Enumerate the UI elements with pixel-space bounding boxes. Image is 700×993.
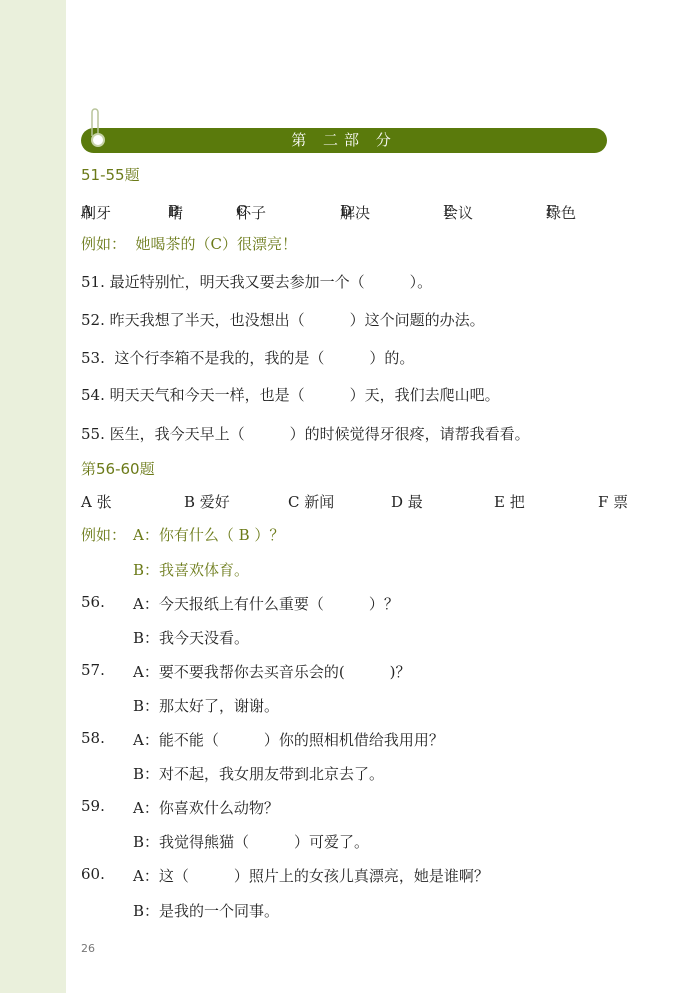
section-title: 第 二部 分 [291, 131, 397, 149]
part1-example: 例如： 她喝茶的（C）很漂亮！ [81, 233, 297, 254]
part2-example-a: A：你有什么（ B ）？ [133, 524, 284, 545]
part2-heading: 第56-60题 [81, 458, 155, 479]
option-e: E 会议 [443, 202, 473, 223]
question-59-number: 59. [81, 797, 105, 815]
question-55: 55. 医生，我今天早上（ ）的时候觉得牙很疼，请帮我看看。 [81, 423, 530, 444]
question-56-b: B：我今天没看。 [133, 627, 249, 648]
part1-options: A 刷牙 B 晴 C 杯子 D 解决 E 会议 F 绿色 [81, 202, 641, 224]
question-60-b: B：是我的一个同事。 [133, 900, 279, 921]
question-53: 53. 这个行李箱不是我的，我的是（ ）的。 [81, 347, 414, 368]
option-f: F 票 [598, 491, 628, 512]
option-c: C 杯子 [236, 202, 266, 223]
page-number: 26 [81, 942, 95, 955]
section-banner: 第 二部 分 [81, 128, 607, 153]
option-f: F 绿色 [546, 202, 576, 223]
question-57-b: B：那太好了，谢谢。 [133, 695, 279, 716]
question-56-number: 56. [81, 593, 105, 611]
question-52: 52. 昨天我想了半天，也没想出（ ）这个问题的办法。 [81, 309, 485, 330]
option-b: B 晴 [168, 202, 183, 223]
option-b: B 爱好 [184, 491, 230, 512]
question-59-a: A：你喜欢什么动物？ [133, 797, 279, 818]
question-58-a: A：能不能（ ）你的照相机借给我用用？ [133, 729, 444, 750]
question-56-a: A：今天报纸上有什么重要（ ）？ [133, 593, 399, 614]
option-d: D 解决 [340, 202, 370, 223]
part2-example-prefix: 例如： [81, 524, 126, 545]
question-59-b: B：我觉得熊猫（ ）可爱了。 [133, 831, 369, 852]
question-51: 51. 最近特别忙，明天我又要去参加一个（ ）。 [81, 271, 432, 292]
option-a: A 张 [81, 491, 112, 512]
option-e: E 把 [494, 491, 525, 512]
question-58-number: 58. [81, 729, 105, 747]
part2-example-b: B：我喜欢体育。 [133, 559, 249, 580]
question-54: 54. 明天天气和今天一样，也是（ ）天，我们去爬山吧。 [81, 384, 500, 405]
option-d: D 最 [391, 491, 423, 512]
part1-heading: 51-55题 [81, 164, 140, 185]
part2-options: A 张 B 爱好 C 新闻 D 最 E 把 F 票 [81, 491, 641, 513]
question-60-a: A：这（ ）照片上的女孩儿真漂亮，她是谁啊？ [133, 865, 489, 886]
paperclip-ring-icon [91, 133, 105, 147]
question-57-a: A：要不要我帮你去买音乐会的( )？ [133, 661, 411, 682]
option-c: C 新闻 [288, 491, 334, 512]
option-a: A 刷牙 [81, 202, 111, 223]
question-57-number: 57. [81, 661, 105, 679]
side-margin-strip [0, 0, 66, 993]
question-60-number: 60. [81, 865, 105, 883]
question-58-b: B：对不起，我女朋友带到北京去了。 [133, 763, 384, 784]
